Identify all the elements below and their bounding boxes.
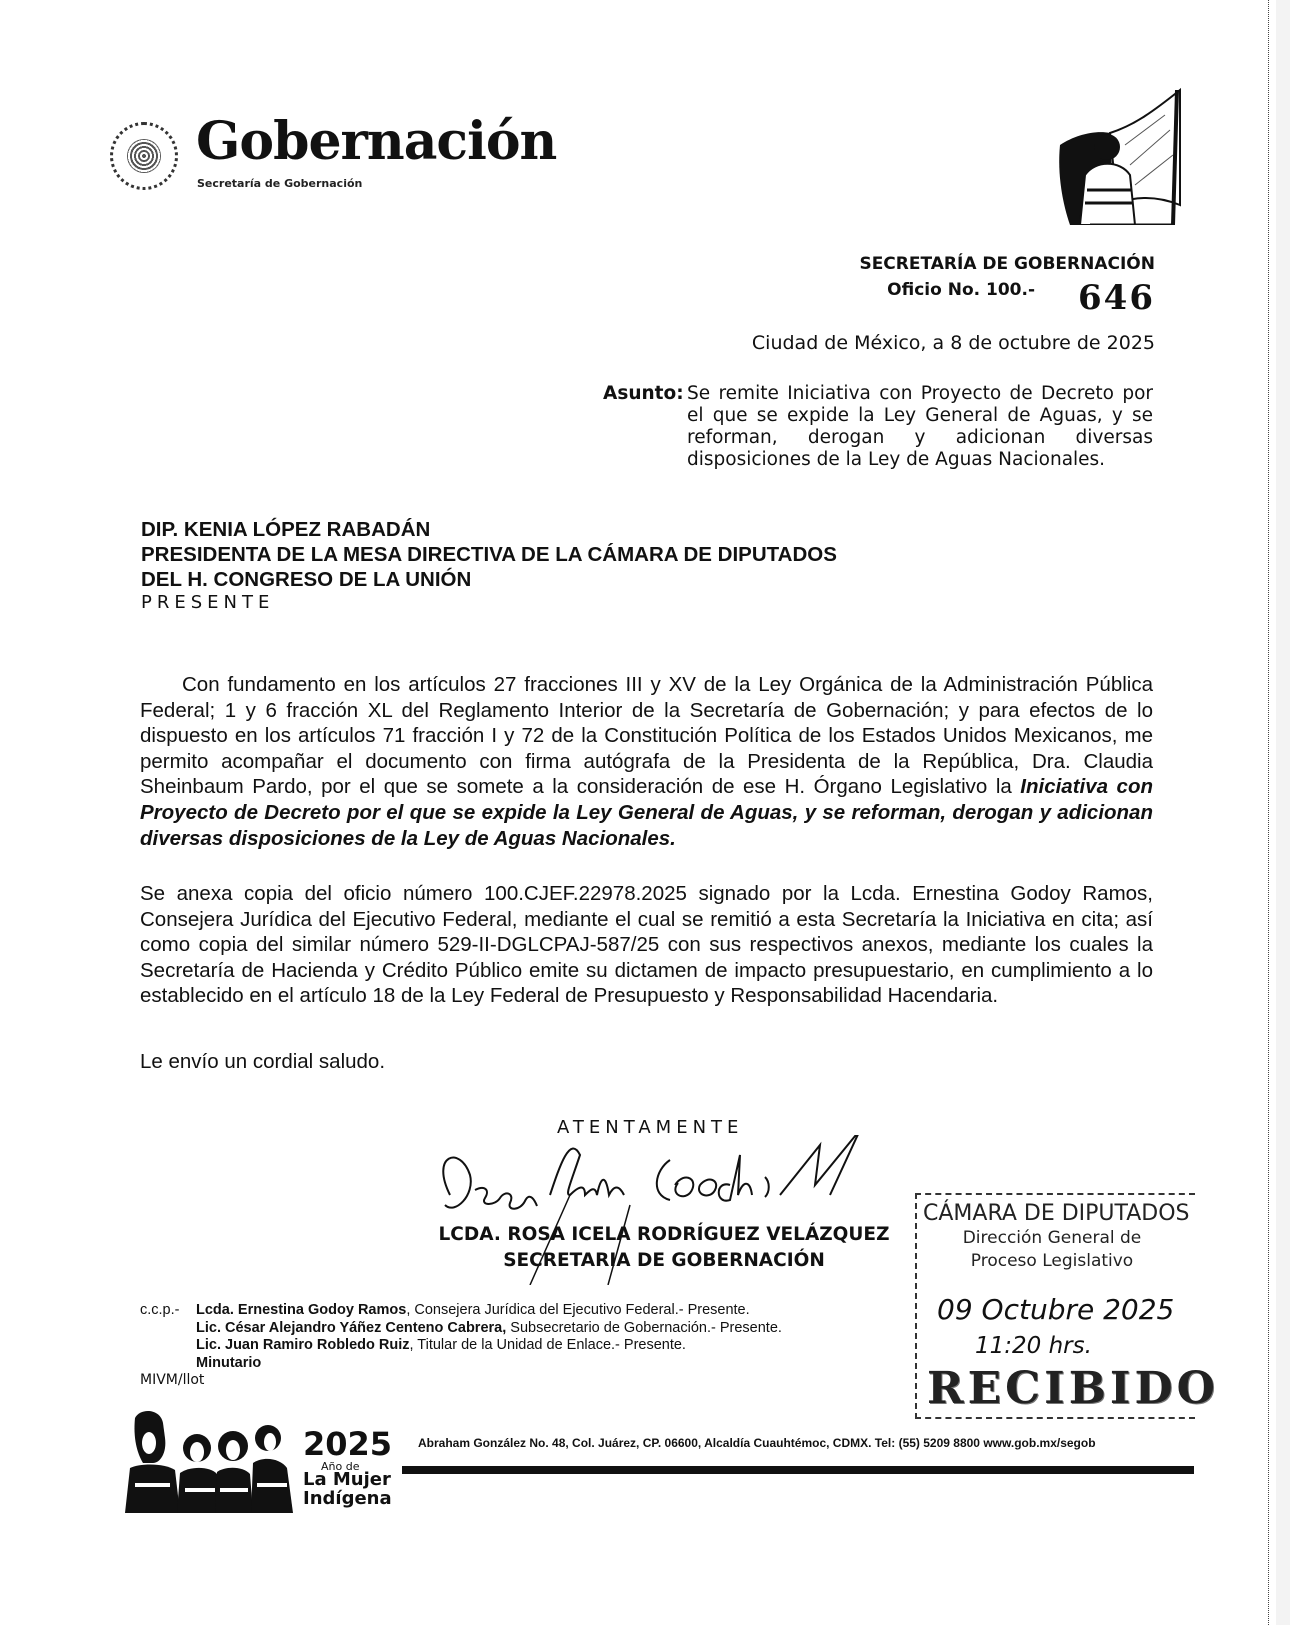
stamp-date: 09 Octubre 2025: [937, 1293, 1174, 1326]
date-line: Ciudad de México, a 8 de octubre de 2025: [752, 332, 1155, 354]
addressee-institution: DEL H. CONGRESO DE LA UNIÓN: [141, 567, 837, 592]
addressee-position: PRESIDENTA DE LA MESA DIRECTIVA DE LA CÁ…: [141, 542, 837, 567]
addressee-name: DIP. KENIA LÓPEZ RABADÁN: [141, 517, 837, 542]
body-paragraph-2: Se anexa copia del oficio número 100.CJE…: [140, 881, 1153, 1009]
stamp-title: CÁMARA DE DIPUTADOS: [923, 1201, 1190, 1226]
subject-text: Se remite Iniciativa con Proyecto de Dec…: [687, 383, 1153, 471]
reference-initials: MIVM/llot: [140, 1372, 204, 1388]
secretaria-heading: SECRETARÍA DE GOBERNACIÓN: [859, 254, 1155, 274]
paragraph-1-text: Con fundamento en los artículos 27 fracc…: [140, 673, 1153, 798]
indigenous-women-illustration-icon: [125, 1408, 295, 1513]
year-theme: La Mujer Indígena: [303, 1470, 392, 1508]
body-paragraph-1: Con fundamento en los artículos 27 fracc…: [140, 672, 1153, 851]
addressee-block: DIP. KENIA LÓPEZ RABADÁN PRESIDENTA DE L…: [141, 517, 837, 592]
brand-subtitle: Secretaría de Gobernación: [197, 177, 362, 190]
footer-divider: [402, 1466, 1194, 1474]
page-edge: [1268, 0, 1270, 1625]
page-margin: [1276, 0, 1290, 1625]
woman-with-flag-emblem-icon: [1055, 85, 1185, 225]
oficio-label: Oficio No. 100.-: [887, 280, 1035, 300]
ccp-label: c.c.p.-: [140, 1302, 179, 1320]
stamp-department-2: Proceso Legislativo: [917, 1251, 1187, 1271]
year-theme-line-2: Indígena: [303, 1489, 392, 1508]
ccp-name: Lic. Juan Ramiro Robledo Ruiz: [196, 1337, 410, 1353]
signer-title: SECRETARIA DE GOBERNACIÓN: [434, 1248, 894, 1274]
stamp-time: 11:20 hrs.: [975, 1333, 1092, 1359]
year-theme-line-1: La Mujer: [303, 1470, 392, 1489]
subject-label: Asunto:: [603, 383, 684, 405]
ccp-entry: Lcda. Ernestina Godoy Ramos, Consejera J…: [196, 1302, 782, 1320]
ccp-role: , Consejera Jurídica del Ejecutivo Feder…: [406, 1302, 749, 1318]
ccp-block: c.c.p.- Lcda. Ernestina Godoy Ramos, Con…: [140, 1302, 782, 1372]
national-seal-icon: [110, 122, 178, 190]
ccp-entry: Lic. Juan Ramiro Robledo Ruiz, Titular d…: [196, 1337, 782, 1355]
presente-label: PRESENTE: [141, 592, 274, 613]
ccp-name: Lic. César Alejandro Yáñez Centeno Cabre…: [196, 1320, 506, 1336]
stamp-status: RECIBIDO: [927, 1363, 1219, 1414]
received-stamp: CÁMARA DE DIPUTADOS Dirección General de…: [915, 1193, 1195, 1419]
stamp-department: Dirección General de: [917, 1228, 1187, 1248]
footer-address: Abraham González No. 48, Col. Juárez, CP…: [418, 1436, 1096, 1450]
ccp-role: , Titular de la Unidad de Enlace.- Prese…: [410, 1337, 686, 1353]
signer-name: LCDA. ROSA ICELA RODRÍGUEZ VELÁZQUEZ: [434, 1222, 894, 1248]
signer-block: LCDA. ROSA ICELA RODRÍGUEZ VELÁZQUEZ SEC…: [434, 1222, 894, 1274]
body-paragraph-3: Le envío un cordial saludo.: [140, 1049, 1153, 1075]
ccp-entry: Minutario: [196, 1355, 782, 1373]
oficio-number: 646: [1078, 278, 1155, 318]
brand-logo-text: Gobernación: [196, 116, 556, 168]
year-logo: 2025: [303, 1428, 392, 1460]
ccp-role: Subsecretario de Gobernación.- Presente.: [506, 1320, 782, 1336]
ccp-name: Lcda. Ernestina Godoy Ramos: [196, 1302, 406, 1318]
ccp-entry: Lic. César Alejandro Yáñez Centeno Cabre…: [196, 1320, 782, 1338]
ccp-name: Minutario: [196, 1355, 261, 1371]
subject-block: Asunto: Se remite Iniciativa con Proyect…: [603, 383, 1153, 471]
